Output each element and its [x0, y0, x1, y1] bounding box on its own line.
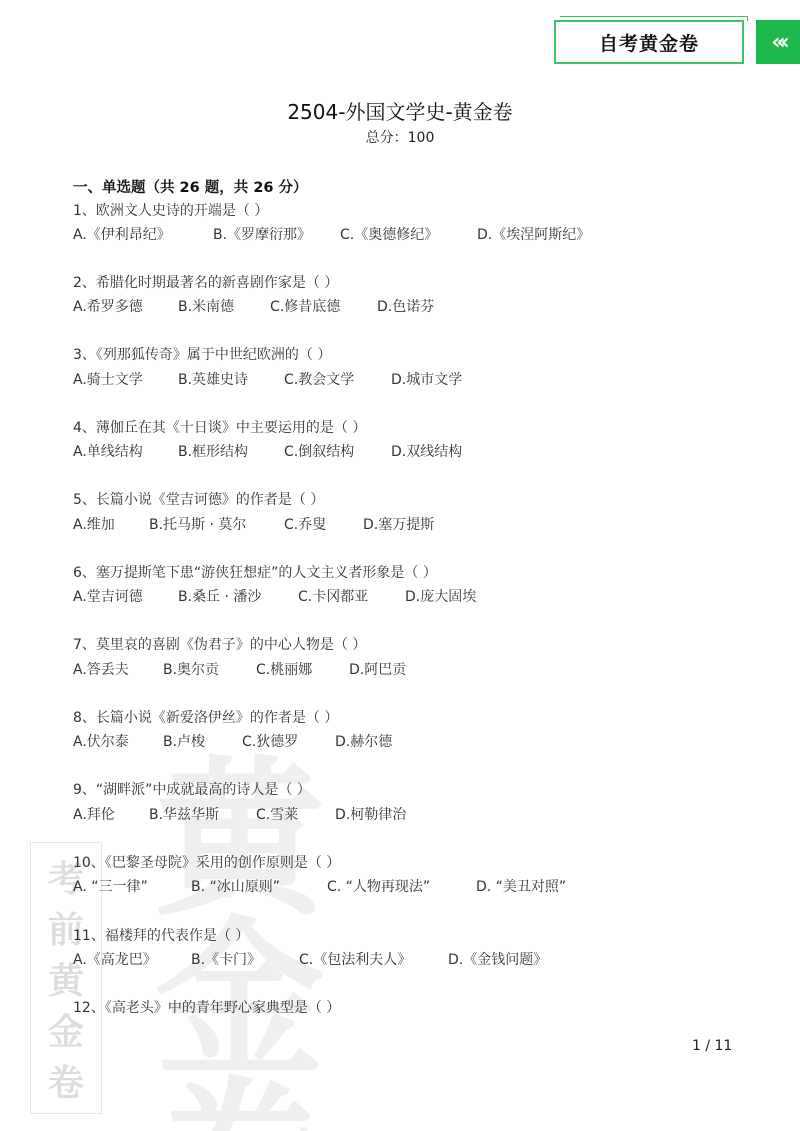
option-c: C.卡冈都亚	[298, 586, 368, 606]
question-options: A. “三一律” B. “冰山原则” C. “人物再现法” D. “美丑对照”	[73, 876, 773, 896]
question-options: A.骑士文学 B.英雄史诗 C.教会文学 D.城市文学	[73, 369, 773, 389]
option-b: B.英雄史诗	[178, 369, 248, 389]
option-a: A.单线结构	[73, 441, 143, 461]
option-d: D.庞大固埃	[405, 586, 476, 606]
option-a: A.答丢夫	[73, 659, 129, 679]
option-c: C.教会文学	[284, 369, 354, 389]
section-heading: 一、单选题（共 26 题，共 26 分）	[73, 176, 308, 197]
option-a: A.维加	[73, 514, 115, 534]
question-text: 4、薄伽丘在其《十日谈》中主要运用的是（ ）	[73, 417, 366, 437]
question-text: 1、欧洲文人史诗的开端是（ ）	[73, 200, 268, 220]
option-a: A.骑士文学	[73, 369, 143, 389]
option-c: C.狄德罗	[242, 731, 298, 751]
option-b: B.托马斯 · 莫尔	[149, 514, 246, 534]
option-b: B.奥尔贡	[163, 659, 219, 679]
option-a: A.《伊利昂纪》	[73, 224, 171, 244]
option-d: D.城市文学	[391, 369, 462, 389]
question-options: A.《高龙巴》 B.《卡门》 C.《包法利夫人》 D.《金钱问题》	[73, 949, 773, 969]
question-options: A.伏尔泰 B.卢梭 C.狄德罗 D.赫尔德	[73, 731, 773, 751]
question-text: 11、福楼拜的代表作是（ ）	[73, 925, 249, 945]
question-options: A.希罗多德 B.米南德 C.修昔底德 D.色诺芬	[73, 296, 773, 316]
option-b: B.米南德	[178, 296, 234, 316]
question-text: 7、莫里哀的喜剧《伪君子》的中心人物是（ ）	[73, 634, 366, 654]
option-a: A.希罗多德	[73, 296, 143, 316]
question-text: 6、塞万提斯笔下患“游侠狂想症”的人文主义者形象是（ ）	[73, 562, 437, 582]
option-d: D.赫尔德	[335, 731, 392, 751]
page-title: 2504-外国文学史-黄金卷	[0, 96, 800, 125]
option-b: B.《卡门》	[191, 949, 261, 969]
question-text: 2、希腊化时期最著名的新喜剧作家是（ ）	[73, 272, 338, 292]
question-text: 12、《高老头》中的青年野心家典型是（ ）	[73, 997, 340, 1017]
option-b: B.华兹华斯	[149, 804, 219, 824]
option-a: A.《高龙巴》	[73, 949, 157, 969]
option-b: B.框形结构	[178, 441, 248, 461]
option-c: C.《奥德修纪》	[340, 224, 438, 244]
option-a: A.堂吉诃德	[73, 586, 143, 606]
option-d: D.塞万提斯	[363, 514, 434, 534]
question-options: A.维加 B.托马斯 · 莫尔 C.乔叟 D.塞万提斯	[73, 514, 773, 534]
question-options: A.堂吉诃德 B.桑丘 · 潘沙 C.卡冈都亚 D.庞大固埃	[73, 586, 773, 606]
question-options: A.答丢夫 B.奥尔贡 C.桃丽娜 D.阿巴贡	[73, 659, 773, 679]
total-score: 总分：100	[0, 127, 800, 147]
question-text: 5、长篇小说《堂吉诃德》的作者是（ ）	[73, 489, 324, 509]
option-c: C.修昔底德	[270, 296, 340, 316]
option-d: D.阿巴贡	[349, 659, 406, 679]
option-c: C. “人物再现法”	[327, 876, 430, 896]
option-c: C.倒叙结构	[284, 441, 354, 461]
option-d: D.《金钱问题》	[448, 949, 547, 969]
question-options: A.拜伦 B.华兹华斯 C.雪莱 D.柯勒律治	[73, 804, 773, 824]
page-number: 1 / 11	[692, 1038, 732, 1054]
question-options: A.《伊利昂纪》 B.《罗摩衍那》 C.《奥德修纪》 D.《埃涅阿斯纪》	[73, 224, 773, 244]
option-a: A.伏尔泰	[73, 731, 129, 751]
question-text: 8、长篇小说《新爱洛伊丝》的作者是（ ）	[73, 707, 338, 727]
option-c: C.雪莱	[256, 804, 298, 824]
watermark-char: 卷	[48, 1055, 84, 1106]
option-d: D.《埃涅阿斯纪》	[477, 224, 590, 244]
option-d: D.色诺芬	[377, 296, 434, 316]
option-d: D.柯勒律治	[335, 804, 406, 824]
question-text: 3、《列那狐传奇》属于中世纪欧洲的（ ）	[73, 344, 331, 364]
option-b: B. “冰山原则”	[191, 876, 280, 896]
option-b: B.桑丘 · 潘沙	[178, 586, 261, 606]
option-b: B.《罗摩衍那》	[213, 224, 311, 244]
option-a: A. “三一律”	[73, 876, 148, 896]
double-chevron-left-icon: «‹	[756, 20, 800, 64]
option-c: C.乔叟	[284, 514, 326, 534]
option-a: A.拜伦	[73, 804, 115, 824]
option-b: B.卢梭	[163, 731, 205, 751]
question-text: 9、“湖畔派”中成就最高的诗人是（ ）	[73, 779, 311, 799]
option-c: C.《包法利夫人》	[299, 949, 411, 969]
option-c: C.桃丽娜	[256, 659, 312, 679]
question-text: 10、《巴黎圣母院》采用的创作原则是（ ）	[73, 852, 340, 872]
brand-badge: 自考黄金卷	[554, 20, 744, 64]
question-options: A.单线结构 B.框形结构 C.倒叙结构 D.双线结构	[73, 441, 773, 461]
option-d: D.双线结构	[391, 441, 462, 461]
option-d: D. “美丑对照”	[476, 876, 566, 896]
